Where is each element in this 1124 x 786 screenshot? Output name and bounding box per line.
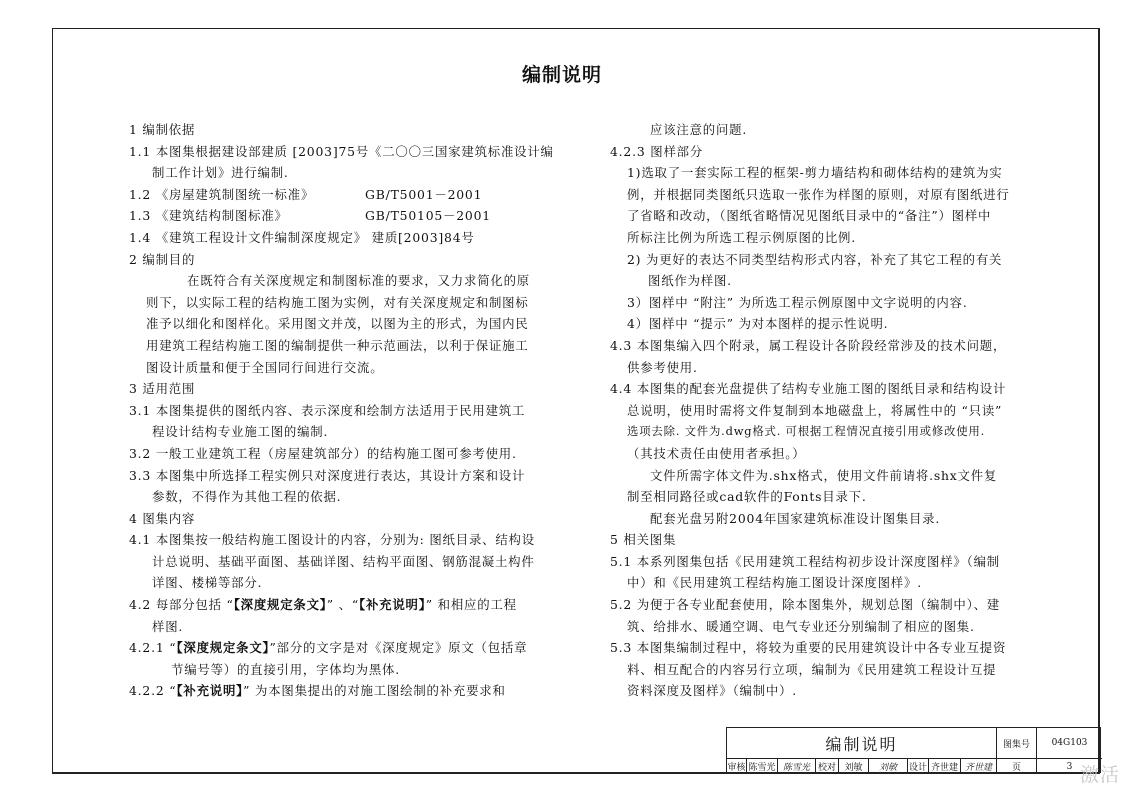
clause-5-2-cont: 筑、给排水、暖通空调、电气专业还分别编制了相应的图集.	[610, 616, 1040, 638]
clause-4-2-1-text: 4.2.1 “	[129, 640, 176, 655]
clause-5-1: 5.1 本系列图集包括《民用建筑工程结构初步设计深度图样》（编制	[610, 551, 1040, 573]
purpose-paragraph-line: 图设计质量和便于全国同行间进行交流。	[129, 357, 559, 379]
title-block: 编制说明 图集号 04G103 审核 陈雪光 陈雪光 校对 刘敏 刘敏 设计 齐…	[726, 727, 1101, 773]
designer-name: 齐世建	[929, 759, 961, 774]
sample-item-2: 2) 为更好的表达不同类型结构形式内容，补充了其它工程的有关	[610, 249, 1040, 271]
clause-4-3-cont: 供参考使用.	[610, 357, 1040, 379]
clause-4-2-2-text: 4.2.2 “	[129, 683, 176, 698]
clause-5-3-cont: 料、相互配合的内容另行立项，编制为《民用建筑工程设计互提	[610, 659, 1040, 681]
sample-item-2-cont: 图纸作为样图.	[610, 270, 1040, 292]
cd-catalog-note: 配套光盘另附2004年国家建筑标准设计图集目录.	[610, 508, 1040, 530]
clause-5-1-cont: 中）和《民用建筑工程结构施工图设计深度图样》.	[610, 572, 1040, 594]
reviewer-name: 陈雪光	[747, 759, 778, 774]
section-heading-1: 1 编制依据	[129, 119, 559, 141]
clause-4-2-1: 4.2.1 “【深度规定条文】”部分的文字是对《深度规定》原文（包括章	[129, 637, 559, 659]
clause-4-2-text: ” 、“	[327, 597, 359, 612]
clause-1-2: 1.2 《房屋建筑制图统一标准》GB/T5001－2001	[129, 184, 559, 206]
clause-1-3-title: 1.3 《建筑结构制图标准》	[129, 208, 288, 223]
atlas-number-value: 04G103	[1037, 728, 1102, 759]
designer-signature: 齐世建	[961, 759, 997, 774]
activation-watermark: 激活	[1080, 760, 1120, 786]
atlas-number-label: 图集号	[997, 728, 1037, 759]
sample-item-3: 3）图样中 “附注” 为所选工程示例原图中文字说明的内容.	[610, 292, 1040, 314]
clause-5-3: 5.3 本图集编制过程中，将较为重要的民用建筑设计中各专业互提资	[610, 637, 1040, 659]
clause-3-1: 3.1 本图集提供的图纸内容、表示深度和绘制方法适用于民用建筑工	[129, 400, 559, 422]
checker-label: 校对	[816, 759, 839, 774]
clause-1-1-cont: 制工作计划》进行编制.	[129, 162, 559, 184]
clause-4-2-text: 4.2 每部分包括 “	[129, 597, 234, 612]
clause-1-3: 1.3 《建筑结构制图标准》GB/T50105－2001	[129, 205, 559, 227]
clause-4-4-cont: 总说明，使用时需将文件复制到本地磁盘上，将属性中的 “只读”	[610, 400, 1040, 422]
clause-4-2-cont: 样图.	[129, 616, 559, 638]
sample-item-1-cont: 所标注比例为所选工程示例原图的比例.	[610, 227, 1040, 249]
clause-4-2-2-bold-term: 【补充说明】	[176, 683, 243, 698]
reviewer-label: 审核	[727, 759, 747, 774]
clause-3-1-cont: 程设计结构专业施工图的编制.	[129, 421, 559, 443]
clause-4-1: 4.1 本图集按一般结构施工图设计的内容，分别为: 图纸目录、结构设	[129, 529, 559, 551]
clause-4-2-1-bold-term: 【深度规定条文】	[176, 640, 269, 655]
section-heading-2: 2 编制目的	[129, 249, 559, 271]
sample-item-1-cont: 例，并根据同类图纸只选取一张作为样图的原则，对原有图纸进行	[610, 184, 1040, 206]
clause-4-2-bold-term: 【深度规定条文】	[234, 597, 327, 612]
clause-5-3-cont: 资料深度及图样》（编制中）.	[610, 680, 1040, 702]
clause-4-4-cont: （其技术责任由使用者承担。）	[610, 443, 1040, 465]
clause-4-4-cont: 选项去除. 文件为.dwg格式. 可根据工程情况直接引用或修改使用.	[610, 421, 1040, 443]
page-title: 编制说明	[0, 60, 1124, 87]
clause-4-4: 4.4 本图集的配套光盘提供了结构专业施工图的图纸目录和结构设计	[610, 378, 1040, 400]
clause-4-2-2: 4.2.2 “【补充说明】” 为本图集提出的对施工图绘制的补充要求和	[129, 680, 559, 702]
sample-item-1-cont: 了省略和改动，（图纸省略情况见图纸目录中的“备注”）图样中	[610, 205, 1040, 227]
checker-signature: 刘敏	[869, 759, 908, 774]
clause-4-2-bold-term: 【补充说明】	[359, 597, 426, 612]
purpose-paragraph-line: 在既符合有关深度规定和制图标准的要求，又力求简化的原	[129, 270, 559, 292]
sample-item-1: 1)选取了一套实际工程的框架-剪力墙结构和砌体结构的建筑为实	[610, 162, 1040, 184]
clause-4-2: 4.2 每部分包括 “【深度规定条文】” 、“【补充说明】” 和相应的工程	[129, 594, 559, 616]
clause-3-2: 3.2 一般工业建筑工程（房屋建筑部分）的结构施工图可参考使用.	[129, 443, 559, 465]
reviewer-signature: 陈雪光	[778, 759, 816, 774]
clause-1-2-standard: GB/T5001－2001	[365, 184, 482, 206]
clause-4-2-text: ” 和相应的工程	[426, 597, 517, 612]
clause-4-2-1-cont: 节编号等）的直接引用，字体均为黑体.	[129, 659, 559, 681]
clause-4-2-2-text: ” 为本图集提出的对施工图绘制的补充要求和	[243, 683, 506, 698]
clause-4-2-2-cont: 应该注意的问题.	[610, 119, 1040, 141]
clause-1-2-title: 1.2 《房屋建筑制图统一标准》	[129, 187, 314, 202]
purpose-paragraph-line: 准予以细化和图样化。采用图文并茂，以图为主的形式，为国内民	[129, 313, 559, 335]
font-file-paragraph: 文件所需字体文件为.shx格式，使用文件前请将.shx文件复	[610, 465, 1040, 487]
clause-4-2-1-text: ”部分的文字是对《深度规定》原文（包括章	[270, 640, 528, 655]
purpose-paragraph-line: 则下，以实际工程的结构施工图为实例，对有关深度规定和制图标	[129, 292, 559, 314]
section-heading-5: 5 相关图集	[610, 529, 1040, 551]
purpose-paragraph-line: 用建筑工程结构施工图的编制提供一种示范画法，以利于保证施工	[129, 335, 559, 357]
right-column: 应该注意的问题. 4.2.3 图样部分 1)选取了一套实际工程的框架-剪力墙结构…	[610, 119, 1040, 702]
title-block-title: 编制说明	[727, 728, 997, 759]
section-heading-4: 4 图集内容	[129, 508, 559, 530]
page-label: 页	[997, 759, 1037, 774]
clause-1-1: 1.1 本图集根据建设部建质 [2003]75号《二〇〇三国家建筑标准设计编	[129, 141, 559, 163]
clause-4-1-cont: 计总说明、基础平面图、基础详图、结构平面图、钢筋混凝土构件	[129, 551, 559, 573]
clause-3-3-cont: 参数，不得作为其他工程的依据.	[129, 486, 559, 508]
section-heading-3: 3 适用范围	[129, 378, 559, 400]
designer-label: 设计	[908, 759, 929, 774]
left-column: 1 编制依据 1.1 本图集根据建设部建质 [2003]75号《二〇〇三国家建筑…	[129, 119, 559, 702]
sample-item-4: 4）图样中 “提示” 为对本图样的提示性说明.	[610, 313, 1040, 335]
clause-4-3: 4.3 本图集编入四个附录，属工程设计各阶段经常涉及的技术问题，	[610, 335, 1040, 357]
clause-4-2-3: 4.2.3 图样部分	[610, 141, 1040, 163]
clause-1-3-standard: GB/T50105－2001	[365, 205, 491, 227]
clause-1-4: 1.4 《建筑工程设计文件编制深度规定》 建质[2003]84号	[129, 227, 559, 249]
font-file-paragraph-cont: 制至相同路径或cad软件的Fonts目录下.	[610, 486, 1040, 508]
clause-5-2: 5.2 为便于各专业配套使用，除本图集外，规划总图（编制中）、建	[610, 594, 1040, 616]
clause-3-3: 3.3 本图集中所选择工程实例只对深度进行表达，其设计方案和设计	[129, 465, 559, 487]
clause-4-1-cont: 详图、楼梯等部分.	[129, 572, 559, 594]
checker-name: 刘敏	[839, 759, 869, 774]
